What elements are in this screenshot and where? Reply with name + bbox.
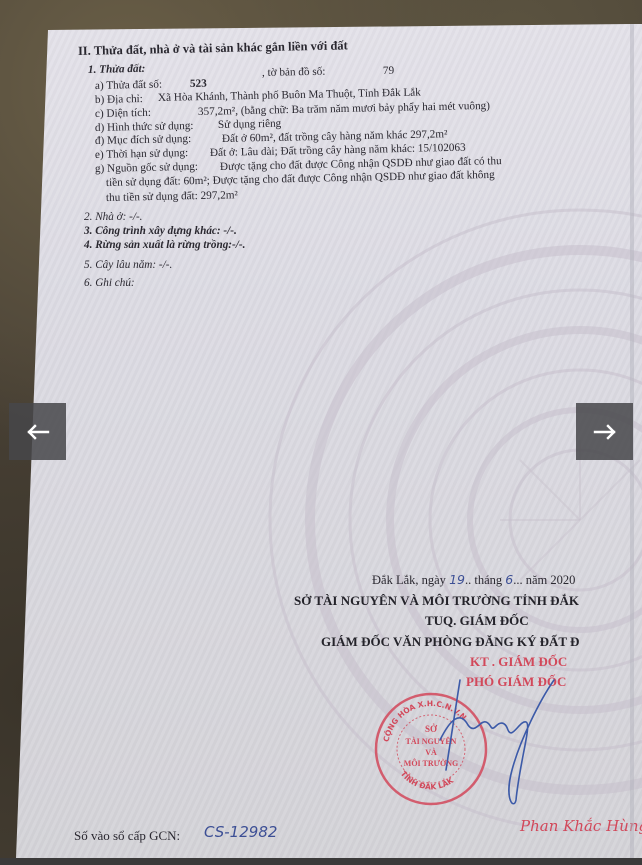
bottom-strip	[0, 858, 642, 865]
gcn-label: Số vào sổ cấp GCN:	[74, 829, 180, 842]
usage-form-value: Sử dụng riêng	[218, 118, 282, 132]
section-title: II. Thửa đất, nhà ở và tài sản khác gắn …	[78, 39, 348, 58]
date-month: 6	[505, 572, 513, 587]
map-sheet-label: , tờ bản đồ số:	[262, 66, 326, 80]
arrow-left-icon	[26, 424, 50, 440]
item-house: 2. Nhà ở: -/-.	[84, 211, 142, 224]
origin-value-3: thu tiền sử dụng đất: 297,2m²	[106, 189, 238, 205]
map-sheet-no: 79	[383, 65, 394, 78]
signer-name: Phan Khắc Hùng	[520, 820, 642, 833]
authority-name: SỞ TÀI NGUYÊN VÀ MÔI TRƯỜNG TỈNH ĐẮK	[294, 593, 579, 609]
document-page: II. Thửa đất, nhà ở và tài sản khác gắn …	[0, 0, 642, 865]
item-notes: 6. Ghi chú:	[84, 277, 135, 290]
date-line: Đắk Lắk, ngày 19.. tháng 6... năm 2020	[372, 573, 575, 587]
usage-purpose-label: đ) Mục đích sử dụng:	[95, 133, 191, 148]
parcel-no-value: 523	[190, 78, 207, 91]
item-plantation-forest: 4. Rừng sản xuất là rừng trồng:-/-.	[84, 239, 245, 252]
parcel-no-label: a) Thửa đất số:	[95, 79, 162, 93]
arrow-right-icon	[593, 424, 617, 440]
date-day: 19	[449, 572, 465, 587]
usage-term-label: e) Thời hạn sử dụng:	[95, 147, 188, 162]
handwritten-signature	[420, 660, 560, 810]
previous-image-button[interactable]	[9, 403, 66, 460]
parcel-heading: 1. Thửa đất:	[88, 63, 146, 77]
office-title: GIÁM ĐỐC VĂN PHÒNG ĐĂNG KÝ ĐẤT Đ	[321, 634, 579, 650]
item-other-construction: 3. Công trình xây dựng khác: -/-.	[84, 225, 237, 238]
gcn-number: CS-12982	[204, 826, 277, 839]
area-label: c) Diện tích:	[95, 107, 151, 121]
next-image-button[interactable]	[576, 403, 633, 460]
item-perennial-trees: 5. Cây lâu năm: -/-.	[84, 259, 172, 272]
tuq-title: TUQ. GIÁM ĐỐC	[425, 613, 529, 629]
address-label: b) Địa chỉ:	[95, 93, 143, 107]
origin-label: g) Nguồn gốc sử dụng:	[95, 161, 198, 176]
